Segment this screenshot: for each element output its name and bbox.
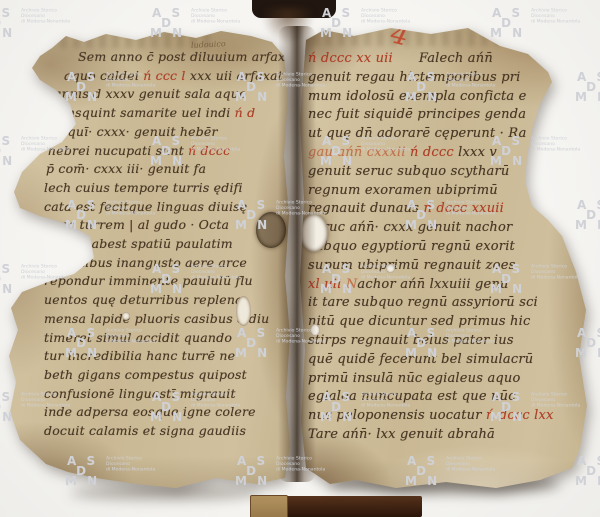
text-line: nec fuit siquidē principes genda xyxy=(308,106,554,125)
text-line: nus peloponensis uocatur ń dccc lxx xyxy=(308,407,554,426)
text-line: Tare ańn̄· lxx genuit abrahā xyxy=(308,426,554,445)
text-line: lech cuius tempore turris ędifi xyxy=(44,179,290,198)
rubric-segment: xl uii xyxy=(308,277,346,292)
text-segment: Tare ańn̄· lxx genuit abrahā xyxy=(308,427,495,442)
text-line: inde adpersa eosque igne colere xyxy=(44,403,290,422)
ghost-text-offset xyxy=(60,32,210,48)
text-segment: genuit regau hictemporibus pri xyxy=(308,70,521,85)
text-line: dicitur abest spatiū paulatim xyxy=(44,235,290,254)
text-segment: timeret simul accidit quando xyxy=(44,330,232,345)
text-line: mensa lapide pluoris casibus e diu xyxy=(44,310,290,329)
text-segment: egialea nuncupata est que nūc xyxy=(308,389,516,404)
text-line: tur incredibilia hanc turrē ne xyxy=(44,347,290,366)
text-line: subquo egyptiorū regnū exorit xyxy=(308,238,554,257)
text-segment: p̄ com̄· cxxx iii· genuit fa xyxy=(46,161,206,176)
text-segment: lenantibus inangusto aere arce xyxy=(44,255,247,270)
left-page-wrap: ludouico Sem anno c̄ post diluuium arfax… xyxy=(6,26,298,504)
text-line: egialea nuncupata est que nūc xyxy=(308,388,554,407)
text-segment: aquo caldei xyxy=(64,68,143,83)
text-line: repondur imminente paululū flu xyxy=(44,272,290,291)
text-segment: confusionē linguastī migrauit xyxy=(44,386,236,401)
text-line: aquī· cxxx· genuit hebēr xyxy=(44,123,290,142)
text-segment: Sem anno c̄ post diluuium arfaxat xyxy=(78,49,298,64)
text-segment: mum idolosū exempla conficta e xyxy=(308,89,527,104)
text-segment: nitū que dicuntur sed primus hic xyxy=(308,314,530,329)
text-segment: nec fuit siquidē principes genda xyxy=(308,107,526,122)
text-segment: nus peloponensis uocatur xyxy=(308,408,486,423)
text-line: genuit regau hictemporibus pri xyxy=(308,69,554,88)
text-segment: genuit seruc subquo scytharū xyxy=(308,164,510,179)
wormhole xyxy=(310,324,320,336)
text-line: p̄ com̄· cxxx iii· genuit fa xyxy=(44,160,290,179)
text-line: regnauit dunaus ń dccc xxuii xyxy=(308,200,554,219)
text-line: beth gigans compestus quipost xyxy=(44,366,290,385)
text-segment: supum ubiprimū regnauit zoes xyxy=(308,258,515,273)
wormhole xyxy=(256,212,286,248)
text-line: docuit calamis et signa gaudiis xyxy=(44,422,290,441)
text-line: it tare subquo regnū assyriorū sci xyxy=(308,294,554,313)
text-line: nitū que dicuntur sed primus hic xyxy=(308,313,554,332)
rubric-segment: ń d xyxy=(235,105,256,120)
text-line: primū insulā nūc egialeus aquo xyxy=(308,370,554,389)
text-line: lenantibus inangusto aere arce xyxy=(44,254,290,273)
text-segment: primū insulā nūc egialeus aquo xyxy=(308,371,521,386)
archive-name-text: Archivio Storico Diocesano di Modena-Non… xyxy=(21,8,70,25)
text-line: annis d xxxv genuit sala aquo xyxy=(44,85,290,104)
text-line: uentos quę deturribus replena xyxy=(44,291,290,310)
text-segment: cata est fecitque linguas diuisę xyxy=(44,199,247,214)
text-line: gau ańn̄ cxxxii ń dccc lxxx v xyxy=(308,144,554,163)
text-line: aquo caldei ń ccc l xxx uii arfaxat xyxy=(44,67,290,86)
text-segment: hebrei nucupati sunt xyxy=(48,143,188,158)
text-line: supum ubiprimū regnauit zoes xyxy=(308,257,554,276)
text-line: hanc turrem | al gudo · Octa xyxy=(44,216,290,235)
text-segment: it tare subquo regnū assyriorū sci xyxy=(308,295,538,310)
text-segment: uentos quę deturribus replena xyxy=(44,292,243,307)
text-line: consquint samarite uel indi ń d xyxy=(44,104,290,123)
right-page-wrap: 4 ń dccc xx uii Falech ańn̄genuit regau … xyxy=(296,20,600,504)
text-segment: annis d xxxv genuit sala aquo xyxy=(54,86,247,101)
text-line: regnum exoramen ubiprimū xyxy=(308,182,554,201)
text-segment: repondur imminente paululū flu xyxy=(44,273,253,288)
manuscript-photo: ludouico Sem anno c̄ post diluuium arfax… xyxy=(0,0,600,517)
text-line: seruc ańn̄· cxxx genuit nachor xyxy=(308,219,554,238)
text-segment: regnum exoramen ubiprimū xyxy=(308,183,498,198)
text-segment: lxxx v xyxy=(454,145,497,160)
text-line: quē quidē fecerunt bel simulacrū xyxy=(308,351,554,370)
wormhole xyxy=(122,312,130,320)
text-segment: seruc ańn̄· cxxx genuit nachor xyxy=(308,220,512,235)
text-segment: ut quę dn̄ adorarē cęperunt · Ra xyxy=(308,126,527,141)
text-line: confusionē linguastī migrauit xyxy=(44,385,290,404)
wormhole xyxy=(300,214,328,252)
rubric-segment: N xyxy=(346,277,358,292)
right-page: 4 ń dccc xx uii Falech ańn̄genuit regau … xyxy=(296,20,600,504)
text-segment: hanc turrem | al gudo · Octa xyxy=(44,217,229,232)
text-segment: tur incredibilia hanc turrē ne xyxy=(44,348,235,363)
text-segment: subquo egyptiorū regnū exorit xyxy=(308,239,515,254)
text-segment: beth gigans compestus quipost xyxy=(44,367,247,382)
text-segment: achor ańn̄ lxxuiii genu xyxy=(357,277,508,292)
text-segment: stirps regnauit belus pater ius xyxy=(308,333,514,348)
rubric-segment: ń dccc xyxy=(188,143,230,158)
text-line: cata est fecitque linguas diuisę xyxy=(44,198,290,217)
right-text-block: ń dccc xx uii Falech ańn̄genuit regau hi… xyxy=(308,50,554,445)
text-segment: quē quidē fecerunt bel simulacrū xyxy=(308,352,533,367)
text-segment: xxx uii arfaxat xyxy=(186,68,283,83)
wormhole xyxy=(386,264,395,273)
text-line: hebrei nucupati sunt ń dccc xyxy=(44,142,290,161)
text-line: mum idolosū exempla conficta e xyxy=(308,88,554,107)
text-segment: regnauit dunaus xyxy=(308,201,423,216)
text-segment: lech cuius tempore turris ędifi xyxy=(44,180,243,195)
rubric-segment: ń ccc l xyxy=(143,68,185,83)
rubric-segment: gau ańn̄ cxxxii xyxy=(308,145,410,160)
text-line: ut quę dn̄ adorarē cęperunt · Ra xyxy=(308,125,554,144)
rubric-segment: ń dccc xxuii xyxy=(423,201,504,216)
text-line: stirps regnauit belus pater ius xyxy=(308,332,554,351)
text-segment: aquī· cxxx· genuit hebēr xyxy=(60,124,218,139)
rubric-segment: ń dccc lxx xyxy=(486,408,554,423)
text-line: genuit seruc subquo scytharū xyxy=(308,163,554,182)
text-line: Sem anno c̄ post diluuium arfaxat xyxy=(44,48,290,67)
text-segment: Falech ańn̄ xyxy=(393,51,493,66)
text-segment: dicitur abest spatiū paulatim xyxy=(44,236,233,251)
text-segment: consquint samarite uel indi xyxy=(52,105,235,120)
text-line: ń dccc xx uii Falech ańn̄ xyxy=(308,50,554,69)
archive-name-text: Archivio Storico Diocesano di Modena-Non… xyxy=(191,8,240,25)
left-page: ludouico Sem anno c̄ post diluuium arfax… xyxy=(6,26,298,504)
text-line: timeret simul accidit quando xyxy=(44,329,290,348)
rubric-segment: ń dccc xx uii xyxy=(308,51,393,66)
text-segment: docuit calamis et signa gaudiis xyxy=(44,423,246,438)
text-segment: inde adpersa eosque igne colere xyxy=(44,404,256,419)
wormhole xyxy=(236,296,251,326)
rubric-segment: ń dccc xyxy=(410,145,454,160)
text-line: xl uii Nachor ańn̄ lxxuiii genu xyxy=(308,276,554,295)
left-text-block: Sem anno c̄ post diluuium arfaxataquo ca… xyxy=(44,48,290,441)
